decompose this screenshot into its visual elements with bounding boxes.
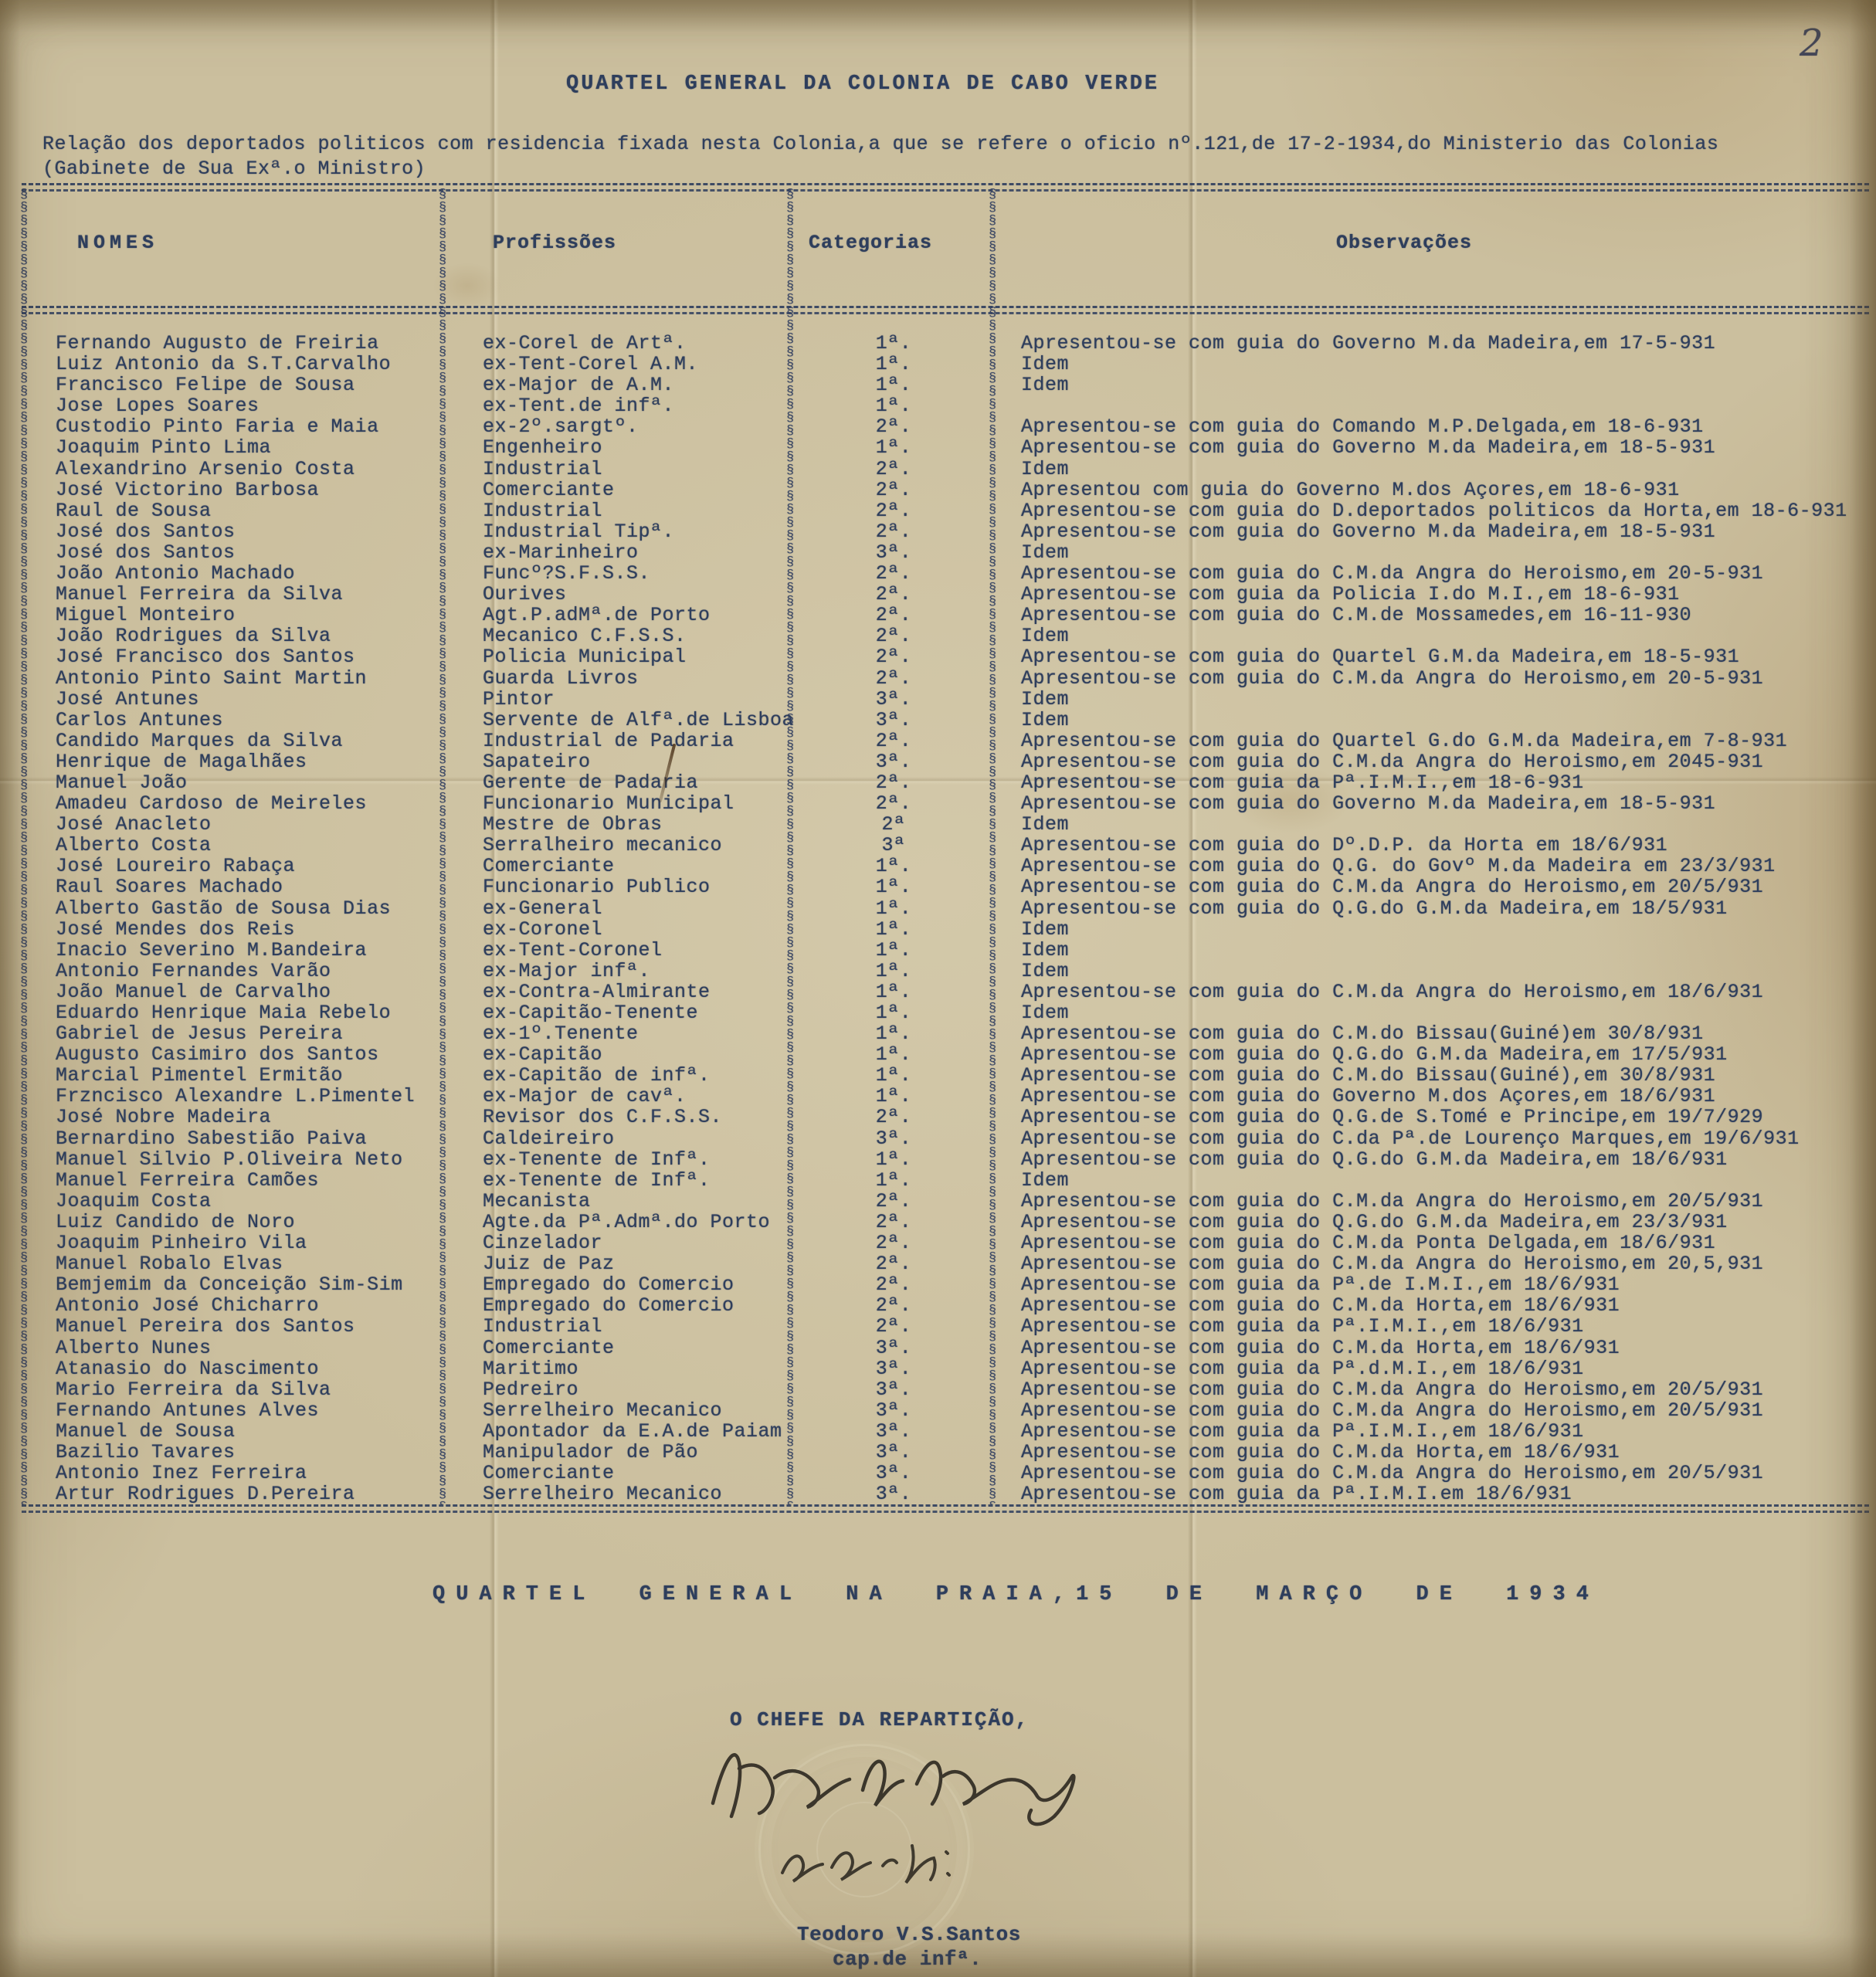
cell-profissao: ex-Tent.de infª. <box>483 395 674 417</box>
cell-profissao: Comerciante <box>483 479 615 501</box>
cell-categoria: 1ª. <box>797 981 990 1003</box>
signature-title: O CHEFE DA REPARTIÇÃO, <box>730 1708 1029 1731</box>
cell-categoria: 2ª. <box>797 646 990 668</box>
cell-categoria: 1ª. <box>797 876 990 898</box>
cell-observacao: Idem <box>1021 918 1069 941</box>
table-row: João Antonio MachadoFuncº?S.F.S.S.2ª.Apr… <box>0 562 1876 583</box>
cell-nome: Jose Lopes Soares <box>56 395 260 417</box>
cell-categoria: 2ª. <box>797 458 990 480</box>
cell-observacao: Apresentou-se com guia do C.da Pª.de Lou… <box>1021 1128 1800 1150</box>
cell-categoria: 2ª. <box>797 1294 990 1317</box>
table-row: Henrique de MagalhãesSapateiro3ª.Apresen… <box>0 751 1876 771</box>
cell-observacao: Apresentou-se com guia do C.M.de Mossame… <box>1021 604 1691 626</box>
cell-nome: Manuel Ferreira Camões <box>56 1169 319 1192</box>
cell-profissao: ex-Tent-Corel A.M. <box>483 353 698 375</box>
cell-categoria: 2ª. <box>797 604 990 626</box>
cell-observacao: Idem <box>1021 353 1069 375</box>
table-row: Raul Soares MachadoFuncionario Publico1ª… <box>0 876 1876 897</box>
cell-profissao: Serrelheiro Mecanico <box>483 1483 722 1505</box>
cell-observacao: Apresentou-se com guia do C.M.da Angra d… <box>1021 1462 1763 1484</box>
cell-categoria: 1ª. <box>797 1148 990 1171</box>
table-row: Miguel MonteiroAgt.P.adMª.de Porto2ª.Apr… <box>0 604 1876 625</box>
cell-categoria: 3ª. <box>797 541 990 564</box>
cell-observacao: Apresentou-se com guia do Governo M.dos … <box>1021 1085 1715 1107</box>
cell-profissao: Industrial <box>483 458 602 480</box>
cell-profissao: ex-1º.Tenente <box>483 1022 639 1045</box>
table-row: Luiz Antonio da S.T.Carvalhoex-Tent-Core… <box>0 353 1876 374</box>
cell-profissao: Cinzelador <box>483 1232 602 1254</box>
cell-categoria: 2ª. <box>797 1106 990 1128</box>
cell-categoria: 2ª. <box>797 1273 990 1296</box>
cell-profissao: Policia Municipal <box>483 646 687 668</box>
cell-nome: Antonio Inez Ferreira <box>56 1462 307 1484</box>
cell-observacao: Apresentou-se com guia do C.M.da Angra d… <box>1021 1190 1763 1212</box>
cell-nome: Bemjemim da Conceição Sim-Sim <box>56 1273 403 1296</box>
cell-categoria: 2ª. <box>797 730 990 752</box>
cell-observacao: Apresentou-se com guia da Pª.de I.M.I.,e… <box>1021 1273 1620 1296</box>
document-page: { "page": { "corner_note": "2", "title":… <box>0 0 1876 1977</box>
table-row: Artur Rodrigues D.PereiraSerrelheiro Mec… <box>0 1483 1876 1504</box>
cell-nome: Artur Rodrigues D.Pereira <box>56 1483 355 1505</box>
cell-nome: Joaquim Pinto Lima <box>56 436 271 459</box>
cell-categoria: 1ª. <box>797 1169 990 1192</box>
cell-observacao: Apresentou-se com guia do C.M.da Angra d… <box>1021 1378 1763 1401</box>
cell-categoria: 3ª. <box>797 1128 990 1150</box>
cell-categoria: 2ª. <box>797 562 990 585</box>
cell-nome: Inacio Severino M.Bandeira <box>56 939 367 961</box>
cell-nome: Miguel Monteiro <box>56 604 236 626</box>
cell-observacao: Apresentou-se com guia do Q.G.do G.M.da … <box>1021 1211 1728 1233</box>
cell-nome: Candido Marques da Silva <box>56 730 343 752</box>
cell-categoria: 2ª. <box>797 1232 990 1254</box>
cell-nome: Manuel Pereira dos Santos <box>56 1315 355 1338</box>
cell-nome: José dos Santos <box>56 541 236 564</box>
cell-profissao: ex-Coronel <box>483 918 602 941</box>
cell-nome: Manuel de Sousa <box>56 1420 236 1443</box>
cell-nome: Manuel João <box>56 771 188 794</box>
cell-categoria: 1ª. <box>797 332 990 354</box>
cell-profissao: Funcionario Publico <box>483 876 711 898</box>
cell-categoria: 1ª. <box>797 855 990 877</box>
cell-nome: Augusto Casimiro dos Santos <box>56 1043 379 1066</box>
table-row: Fernando Augusto de Freiriaex-Corel de A… <box>0 332 1876 353</box>
cell-profissao: Maritimo <box>483 1358 578 1380</box>
table-row: José Nobre MadeiraRevisor dos C.F.S.S.2ª… <box>0 1106 1876 1127</box>
cell-categoria: 2ª. <box>797 625 990 647</box>
cell-categoria: 1ª. <box>797 1043 990 1066</box>
cell-categoria: 3ª. <box>797 1337 990 1359</box>
cell-profissao: Agt.P.adMª.de Porto <box>483 604 711 626</box>
cell-profissao: Agte.da Pª.Admª.do Porto <box>483 1211 770 1233</box>
column-header-categorias: Categorias <box>809 232 932 254</box>
typed-signatory-rank: cap.de infª. <box>833 1948 982 1971</box>
table-header-rule <box>22 306 1869 314</box>
cell-profissao: Empregado do Comercio <box>483 1273 734 1296</box>
table-row: Gabriel de Jesus Pereiraex-1º.Tenente1ª.… <box>0 1022 1876 1043</box>
table-row: João Rodrigues da SilvaMecanico C.F.S.S.… <box>0 625 1876 646</box>
cell-nome: José Francisco dos Santos <box>56 646 355 668</box>
cell-profissao: Guarda Livros <box>483 667 639 690</box>
cell-observacao: Apresentou-se com guia do C.M.da Angra d… <box>1021 981 1763 1003</box>
cell-profissao: Engenheiro <box>483 436 602 459</box>
cell-profissao: ex-Major de cavª. <box>483 1085 687 1107</box>
table-bottom-rule <box>22 1504 1869 1513</box>
cell-categoria: 1ª. <box>797 939 990 961</box>
cell-profissao: ex-Major de A.M. <box>483 374 674 396</box>
cell-profissao: Comerciante <box>483 1337 615 1359</box>
cell-profissao: Caldeireiro <box>483 1128 615 1150</box>
table-row: Candido Marques da SilvaIndustrial de Pa… <box>0 730 1876 751</box>
cell-nome: Antonio Fernandes Varão <box>56 960 331 982</box>
table-row: Joaquim Pinheiro VilaCinzelador2ª.Aprese… <box>0 1232 1876 1253</box>
cell-nome: João Antonio Machado <box>56 562 295 585</box>
cell-categoria: 1ª. <box>797 1022 990 1045</box>
table-row: José dos Santosex-Marinheiro3ª.Idem <box>0 541 1876 562</box>
cell-profissao: Pedreiro <box>483 1378 578 1401</box>
cell-categoria: 2ª. <box>797 667 990 690</box>
table-row: Alberto CostaSerralheiro mecanico3ªApres… <box>0 834 1876 855</box>
table-row: Francisco Felipe de Sousaex-Major de A.M… <box>0 374 1876 395</box>
cell-categoria: 2ª. <box>797 1253 990 1275</box>
table-top-rule <box>22 183 1869 192</box>
table-row: José Francisco dos SantosPolicia Municip… <box>0 646 1876 666</box>
cell-profissao: Apontador da E.A.de Paiam <box>483 1420 782 1443</box>
table-row: Fernando Antunes AlvesSerrelheiro Mecani… <box>0 1399 1876 1420</box>
cell-nome: José Antunes <box>56 688 199 710</box>
cell-nome: Antonio José Chicharro <box>56 1294 319 1317</box>
cell-nome: José Loureiro Rabaça <box>56 855 295 877</box>
table-row: José AntunesPintor3ª.Idem <box>0 688 1876 709</box>
cell-categoria: 3ª. <box>797 1399 990 1422</box>
cell-nome: José Victorino Barbosa <box>56 479 319 501</box>
cell-observacao: Apresentou-se com guia do C.M.da Angra d… <box>1021 1253 1763 1275</box>
cell-profissao: ex-General <box>483 897 602 920</box>
cell-observacao: Apresentou-se com guia do Quartel G.do G… <box>1021 730 1787 752</box>
table-row: Manuel Robalo ElvasJuiz de Paz2ª.Apresen… <box>0 1253 1876 1273</box>
cell-observacao: Apresentou-se com guia do Q.G.do G.M.da … <box>1021 1043 1728 1066</box>
table-row: Antonio José ChicharroEmpregado do Comer… <box>0 1294 1876 1315</box>
table-row: Manuel JoãoGerente de Padaria2ª.Apresent… <box>0 771 1876 792</box>
table-row: Luiz Candido de NoroAgte.da Pª.Admª.do P… <box>0 1211 1876 1232</box>
cell-nome: Alberto Nunes <box>56 1337 212 1359</box>
signature-strokes <box>691 1730 1108 1907</box>
cell-profissao: Mecanista <box>483 1190 591 1212</box>
cell-observacao: Apresentou-se com guia do D.deportados p… <box>1021 500 1847 522</box>
cell-observacao: Apresentou-se com guia do Q.G. do Govº M… <box>1021 855 1776 877</box>
cell-observacao: Apresentou-se com guia do C.M.da Horta,e… <box>1021 1441 1620 1463</box>
cell-observacao: Idem <box>1021 458 1069 480</box>
table-row: Antonio Fernandes Varãoex-Major infª.1ª.… <box>0 960 1876 981</box>
cell-nome: Fernando Augusto de Freiria <box>56 332 379 354</box>
cell-categoria: 2ª <box>797 813 990 836</box>
cell-observacao: Apresentou-se com guia da Pª.I.M.I.,em 1… <box>1021 1420 1584 1443</box>
cell-nome: Marcial Pimentel Ermitão <box>56 1064 343 1087</box>
cell-categoria: 1ª. <box>797 960 990 982</box>
cell-categoria: 3ª <box>797 834 990 856</box>
cell-nome: José Nobre Madeira <box>56 1106 271 1128</box>
table-row: José AnacletoMestre de Obras2ªIdem <box>0 813 1876 834</box>
cell-observacao: Idem <box>1021 939 1069 961</box>
cell-nome: Amadeu Cardoso de Meireles <box>56 792 367 815</box>
cell-observacao: Apresentou-se com guia do C.M.da Angra d… <box>1021 876 1763 898</box>
cell-nome: Luiz Candido de Noro <box>56 1211 295 1233</box>
cell-categoria: 1ª. <box>797 395 990 417</box>
cell-observacao: Apresentou com guia do Governo M.dos Aço… <box>1021 479 1680 501</box>
table-row: Frzncisco Alexandre L.Pimentelex-Major d… <box>0 1085 1876 1106</box>
cell-nome: Joaquim Pinheiro Vila <box>56 1232 307 1254</box>
table-row: Marcial Pimentel Ermitãoex-Capitão de in… <box>0 1064 1876 1085</box>
cell-profissao: ex-Tenente de Infª. <box>483 1169 711 1192</box>
cell-nome: João Manuel de Carvalho <box>56 981 331 1003</box>
cell-profissao: Manipulador de Pão <box>483 1441 698 1463</box>
cell-observacao: Apresentou-se com guia do C.M.da Angra d… <box>1021 751 1763 773</box>
cell-categoria: 3ª. <box>797 1441 990 1463</box>
cell-observacao: Idem <box>1021 709 1069 731</box>
cell-observacao: Apresentou-se com guia do C.M.da Angra d… <box>1021 1399 1763 1422</box>
cell-nome: José Anacleto <box>56 813 212 836</box>
table-row: Eduardo Henrique Maia Rebeloex-Capitão-T… <box>0 1002 1876 1022</box>
cell-observacao: Apresentou-se com guia da Pª.I.M.I.,em 1… <box>1021 1315 1584 1338</box>
cell-categoria: 3ª. <box>797 1420 990 1443</box>
cell-profissao: ex-Major infª. <box>483 960 650 982</box>
cell-categoria: 1ª. <box>797 1064 990 1087</box>
cell-categoria: 2ª. <box>797 521 990 543</box>
table-row: Manuel Ferreira da SilvaOurives2ª.Aprese… <box>0 583 1876 604</box>
cell-profissao: ex-Tent-Coronel <box>483 939 663 961</box>
cell-observacao: Apresentou-se com guia do Dº.D.P. da Hor… <box>1021 834 1667 856</box>
cell-observacao: Apresentou-se com guia do Governo M.da M… <box>1021 332 1715 354</box>
table-row: Augusto Casimiro dos Santosex-Capitão1ª.… <box>0 1043 1876 1064</box>
cell-observacao: Apresentou-se com guia do C.M.do Bissau(… <box>1021 1022 1704 1045</box>
cell-profissao: Serralheiro mecanico <box>483 834 722 856</box>
cell-observacao: Apresentou-se com guia do Governo M.da M… <box>1021 521 1715 543</box>
cell-observacao: Apresentou-se com guia do Comando M.P.De… <box>1021 415 1704 438</box>
subtitle-line1: Relação dos deportados politicos com res… <box>42 133 1718 155</box>
cell-observacao: Apresentou-se com guia do Quartel G.M.da… <box>1021 646 1739 668</box>
cell-nome: Henrique de Magalhães <box>56 751 307 773</box>
column-header-observacoes: Observações <box>1336 232 1472 254</box>
column-header-profissoes: Profissões <box>493 232 616 254</box>
cell-nome: Bazilio Tavares <box>56 1441 236 1463</box>
table-row: Bazilio TavaresManipulador de Pão3ª.Apre… <box>0 1441 1876 1462</box>
table-row: Amadeu Cardoso de MeirelesFuncionario Mu… <box>0 792 1876 813</box>
cell-categoria: 3ª. <box>797 1358 990 1380</box>
cell-observacao: Apresentou-se com guia da Pª.I.M.I.em 18… <box>1021 1483 1572 1505</box>
table-row: Manuel de SousaApontador da E.A.de Paiam… <box>0 1420 1876 1441</box>
cell-nome: Francisco Felipe de Sousa <box>56 374 355 396</box>
cell-categoria: 1ª. <box>797 918 990 941</box>
cell-profissao: ex-Capitão de infª. <box>483 1064 711 1087</box>
table-row: Alberto Gastão de Sousa Diasex-General1ª… <box>0 897 1876 918</box>
table-row: Joaquim CostaMecanista2ª.Apresentou-se c… <box>0 1190 1876 1211</box>
cell-observacao: Apresentou-se com guia da Pª.I.M.I.,em 1… <box>1021 771 1584 794</box>
cell-profissao: ex-Capitão <box>483 1043 602 1066</box>
cell-categoria: 1ª. <box>797 436 990 459</box>
table-row: Atanasio do NascimentoMaritimo3ª.Apresen… <box>0 1358 1876 1378</box>
cell-observacao: Idem <box>1021 960 1069 982</box>
cell-nome: Manuel Robalo Elvas <box>56 1253 283 1275</box>
cell-observacao: Apresentou-se com guia do C.M.da Horta,e… <box>1021 1337 1620 1359</box>
cell-nome: Custodio Pinto Faria e Maia <box>56 415 379 438</box>
table-row: Bernardino Sabestião PaivaCaldeireiro3ª.… <box>0 1128 1876 1148</box>
table-row: Manuel Ferreira Camõesex-Tenente de Infª… <box>0 1169 1876 1190</box>
cell-nome: Manuel Silvio P.Oliveira Neto <box>56 1148 403 1171</box>
cell-profissao: Empregado do Comercio <box>483 1294 734 1317</box>
cell-nome: José Mendes dos Reis <box>56 918 295 941</box>
table-row: José Mendes dos Reisex-Coronel1ª.Idem <box>0 918 1876 939</box>
cell-profissao: ex-Capitão-Tenente <box>483 1002 698 1024</box>
cell-observacao: Apresentou-se com guia do Q.G.do G.M.da … <box>1021 1148 1728 1171</box>
cell-categoria: 3ª. <box>797 688 990 710</box>
cell-categoria: 2ª. <box>797 792 990 815</box>
subtitle-line2: (Gabinete de Sua Exª.o Ministro) <box>42 158 426 180</box>
table-row: Bemjemim da Conceição Sim-SimEmpregado d… <box>0 1273 1876 1294</box>
cell-observacao: Apresentou-se com guia do Governo M.da M… <box>1021 436 1715 459</box>
cell-nome: Fernando Antunes Alves <box>56 1399 319 1422</box>
cell-observacao: Idem <box>1021 1002 1069 1024</box>
cell-observacao: Apresentou-se com guia da Pª.d.M.I.,em 1… <box>1021 1358 1584 1380</box>
cell-categoria: 3ª. <box>797 751 990 773</box>
cell-categoria: 1ª. <box>797 1002 990 1024</box>
cell-observacao: Idem <box>1021 541 1069 564</box>
cell-observacao: Idem <box>1021 1169 1069 1192</box>
cell-observacao: Idem <box>1021 625 1069 647</box>
cell-nome: Raul Soares Machado <box>56 876 283 898</box>
cell-nome: Joaquim Costa <box>56 1190 212 1212</box>
cell-profissao: Juiz de Paz <box>483 1253 615 1275</box>
cell-observacao: Apresentou-se com guia do C.M.da Ponta D… <box>1021 1232 1715 1254</box>
cell-observacao: Apresentou-se com guia do C.M.do Bissau(… <box>1021 1064 1715 1087</box>
table-row: Alberto NunesComerciante3ª.Apresentou-se… <box>0 1337 1876 1358</box>
cell-categoria: 2ª. <box>797 415 990 438</box>
table-row: Manuel Silvio P.Oliveira Netoex-Tenente … <box>0 1148 1876 1169</box>
cell-nome: Mario Ferreira da Silva <box>56 1378 331 1401</box>
cell-profissao: Serrelheiro Mecanico <box>483 1399 722 1422</box>
cell-profissao: Mecanico C.F.S.S. <box>483 625 687 647</box>
cell-observacao: Apresentou-se com guia do C.M.da Horta,e… <box>1021 1294 1620 1317</box>
cell-nome: Frzncisco Alexandre L.Pimentel <box>56 1085 415 1107</box>
cell-nome: Manuel Ferreira da Silva <box>56 583 343 605</box>
cell-nome: José dos Santos <box>56 521 236 543</box>
handwritten-signature <box>691 1730 1108 1911</box>
cell-profissao: Servente de Alfª.de Lisboa <box>483 709 794 731</box>
cell-categoria: 2ª. <box>797 479 990 501</box>
cell-profissao: Mestre de Obras <box>483 813 663 836</box>
dateline: QUARTEL GENERAL NA PRAIA,15 DE MARÇO DE … <box>433 1583 1600 1606</box>
cell-nome: Luiz Antonio da S.T.Carvalho <box>56 353 391 375</box>
cell-nome: João Rodrigues da Silva <box>56 625 331 647</box>
column-header-nomes: NOMES <box>77 232 158 254</box>
cell-profissao: ex-2º.sargtº. <box>483 415 639 438</box>
cell-profissao: Industrial <box>483 500 602 522</box>
cell-profissao: ex-Marinheiro <box>483 541 639 564</box>
cell-categoria: 3ª. <box>797 1378 990 1401</box>
table-row: Manuel Pereira dos SantosIndustrial2ª.Ap… <box>0 1315 1876 1336</box>
cell-categoria: 2ª. <box>797 1211 990 1233</box>
cell-categoria: 3ª. <box>797 1483 990 1505</box>
cell-observacao: Apresentou-se com guia do Governo M.da M… <box>1021 792 1715 815</box>
cell-categoria: 1ª. <box>797 374 990 396</box>
cell-profissao: Industrial <box>483 1315 602 1338</box>
table-row: Inacio Severino M.Bandeiraex-Tent-Corone… <box>0 939 1876 960</box>
cell-profissao: Sapateiro <box>483 751 591 773</box>
cell-profissao: Ourives <box>483 583 567 605</box>
table-body: Fernando Augusto de Freiriaex-Corel de A… <box>0 332 1876 1504</box>
table-row: Custodio Pinto Faria e Maiaex-2º.sargtº.… <box>0 415 1876 436</box>
cell-profissao: Comerciante <box>483 855 615 877</box>
cell-categoria: 3ª. <box>797 1462 990 1484</box>
typed-signatory-name: Teodoro V.S.Santos <box>797 1923 1021 1946</box>
cell-profissao: ex-Tenente de Infª. <box>483 1148 711 1171</box>
cell-observacao: Apresentou-se com guia do Q.G.do G.M.da … <box>1021 897 1728 920</box>
cell-profissao: Revisor dos C.F.S.S. <box>483 1106 722 1128</box>
table-row: José dos SantosIndustrial Tipª.2ª.Aprese… <box>0 521 1876 541</box>
table-row: Jose Lopes Soaresex-Tent.de infª.1ª. <box>0 395 1876 415</box>
handwritten-page-number: 2 <box>1800 22 1823 65</box>
cell-categoria: 1ª. <box>797 1085 990 1107</box>
cell-profissao: Industrial de Padaria <box>483 730 734 752</box>
cell-categoria: 1ª. <box>797 353 990 375</box>
cell-profissao: Pintor <box>483 688 555 710</box>
table-row: Mario Ferreira da SilvaPedreiro3ª.Aprese… <box>0 1378 1876 1399</box>
cell-observacao: Idem <box>1021 374 1069 396</box>
table-row: Raul de SousaIndustrial2ª.Apresentou-se … <box>0 500 1876 521</box>
table-row: José Loureiro RabaçaComerciante1ª.Aprese… <box>0 855 1876 876</box>
table-row: José Victorino BarbosaComerciante2ª.Apre… <box>0 479 1876 500</box>
table-row: Joaquim Pinto LimaEngenheiro1ª.Apresento… <box>0 436 1876 457</box>
cell-nome: Gabriel de Jesus Pereira <box>56 1022 343 1045</box>
cell-observacao: Apresentou-se com guia do Q.G.de S.Tomé … <box>1021 1106 1763 1128</box>
cell-categoria: 3ª. <box>797 709 990 731</box>
cell-profissao: ex-Corel de Artª. <box>483 332 687 354</box>
cell-profissao: Funcionario Municipal <box>483 792 734 815</box>
cell-categoria: 2ª. <box>797 1190 990 1212</box>
cell-nome: Carlos Antunes <box>56 709 223 731</box>
cell-profissao: ex-Contra-Almirante <box>483 981 711 1003</box>
cell-profissao: Industrial Tipª. <box>483 521 674 543</box>
cell-nome: Alberto Costa <box>56 834 212 856</box>
cell-profissao: Funcº?S.F.S.S. <box>483 562 650 585</box>
page-title: QUARTEL GENERAL DA COLONIA DE CABO VERDE <box>566 73 1159 96</box>
table-row: Carlos AntunesServente de Alfª.de Lisboa… <box>0 709 1876 730</box>
cell-nome: Raul de Sousa <box>56 500 212 522</box>
cell-categoria: 2ª. <box>797 583 990 605</box>
cell-categoria: 2ª. <box>797 500 990 522</box>
cell-observacao: Apresentou-se com guia do C.M.da Angra d… <box>1021 667 1763 690</box>
cell-nome: Eduardo Henrique Maia Rebelo <box>56 1002 391 1024</box>
cell-profissao: Comerciante <box>483 1462 615 1484</box>
cell-observacao: Apresentou-se com guia do C.M.da Angra d… <box>1021 562 1763 585</box>
cell-categoria: 2ª. <box>797 771 990 794</box>
table-row: Antonio Pinto Saint MartinGuarda Livros2… <box>0 667 1876 688</box>
table-row: Antonio Inez FerreiraComerciante3ª.Apres… <box>0 1462 1876 1483</box>
cell-nome: Bernardino Sabestião Paiva <box>56 1128 367 1150</box>
cell-categoria: 1ª. <box>797 897 990 920</box>
cell-nome: Antonio Pinto Saint Martin <box>56 667 367 690</box>
cell-nome: Alberto Gastão de Sousa Dias <box>56 897 391 920</box>
cell-observacao: Apresentou-se com guia da Policia I.do M… <box>1021 583 1680 605</box>
cell-nome: Alexandrino Arsenio Costa <box>56 458 355 480</box>
cell-observacao: Idem <box>1021 688 1069 710</box>
table-row: João Manuel de Carvalhoex-Contra-Almiran… <box>0 981 1876 1002</box>
cell-categoria: 2ª. <box>797 1315 990 1338</box>
table-row: Alexandrino Arsenio CostaIndustrial2ª.Id… <box>0 458 1876 479</box>
cell-nome: Atanasio do Nascimento <box>56 1358 319 1380</box>
cell-observacao: Idem <box>1021 813 1069 836</box>
